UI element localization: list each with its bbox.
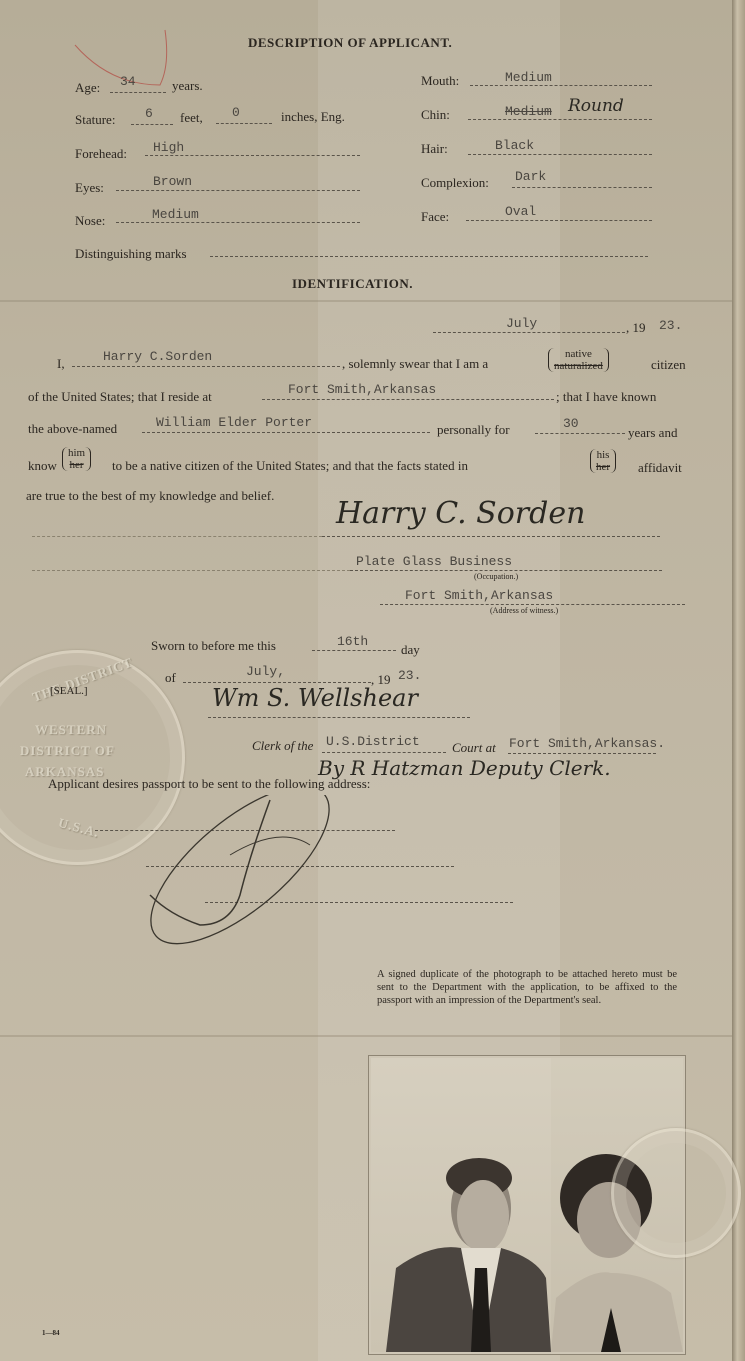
stature-feet-suffix: feet,	[180, 110, 203, 126]
clerk-signature-line	[208, 717, 470, 718]
applicant-photograph	[368, 1055, 686, 1355]
complexion-line	[512, 187, 652, 188]
sworn-day: 16th	[337, 634, 368, 649]
flourish-icon	[140, 795, 370, 945]
seal-text-line1: WESTERN	[35, 722, 107, 738]
years-known-line	[535, 433, 625, 434]
pronoun-brace: him her	[62, 447, 91, 471]
sworn-prefix: Sworn to before me this	[151, 638, 276, 654]
face-line	[466, 220, 652, 221]
court-location: Fort Smith,Arkansas.	[509, 736, 665, 751]
citizenship-brace: native naturalized	[548, 348, 609, 372]
nose-value: Medium	[152, 207, 199, 222]
forehead-label: Forehead:	[75, 146, 127, 162]
photo-woman	[551, 1058, 683, 1352]
distinguishing-marks-line	[210, 256, 648, 257]
sworn-day-suffix: day	[401, 642, 420, 658]
court-name: U.S.District	[326, 734, 420, 749]
brace-native: native	[565, 348, 592, 360]
nose-line	[116, 222, 360, 223]
photo-man	[371, 1058, 551, 1352]
eyes-line	[116, 190, 360, 191]
applicant-name-line	[142, 432, 430, 433]
date-year-prefix: , 19	[626, 320, 646, 336]
witness-name: Harry C.Sorden	[103, 349, 212, 364]
age-value: 34	[120, 74, 136, 89]
date-year: 23.	[659, 318, 682, 333]
mouth-value: Medium	[505, 70, 552, 85]
fold-line	[0, 300, 732, 302]
hair-label: Hair:	[421, 141, 448, 157]
complexion-value: Dark	[515, 169, 546, 184]
affidavit-label: affidavit	[638, 460, 682, 476]
i-label: I,	[57, 356, 65, 372]
witness-signature-line	[322, 536, 660, 537]
identification-heading: IDENTIFICATION.	[292, 276, 413, 292]
stature-inches-line	[216, 123, 272, 124]
chin-value-struck: Medium	[505, 104, 552, 119]
eyes-label: Eyes:	[75, 180, 104, 196]
stature-label: Stature:	[75, 112, 115, 128]
faint-line	[32, 570, 350, 571]
photo-instructions: A signed duplicate of the photograph to …	[377, 968, 677, 1007]
sworn-month: July,	[246, 664, 285, 679]
sworn-month-line	[183, 682, 371, 683]
hair-value: Black	[495, 138, 534, 153]
description-heading: DESCRIPTION OF APPLICANT.	[248, 35, 452, 51]
photo-seal	[611, 1128, 741, 1258]
residence-suffix: ; that I have known	[556, 389, 656, 405]
face-label: Face:	[421, 209, 449, 225]
stature-inches-suffix: inches, Eng.	[281, 109, 345, 125]
age-label: Age:	[75, 80, 100, 96]
occupation-caption: (Occupation.)	[474, 572, 518, 581]
witness-name-line	[72, 366, 340, 367]
know-label: know	[28, 458, 57, 474]
distinguishing-marks-label: Distinguishing marks	[75, 246, 187, 262]
mouth-label: Mouth:	[421, 73, 459, 89]
brace-him: him	[68, 447, 85, 459]
age-suffix: years.	[172, 78, 203, 94]
of-label: of	[165, 670, 176, 686]
chin-value-handwritten: Round	[568, 96, 624, 116]
brace-naturalized: naturalized	[554, 360, 603, 372]
complexion-label: Complexion:	[421, 175, 489, 191]
clerk-prefix: Clerk of the	[252, 738, 313, 754]
date-line	[433, 332, 625, 333]
personally-for-label: personally for	[437, 422, 510, 438]
page-edge	[732, 0, 745, 1361]
hair-line	[468, 154, 652, 155]
brace-her-possessive: her	[596, 461, 610, 473]
applicant-name: William Elder Porter	[156, 415, 312, 430]
swear-text: , solemnly swear that I am a	[342, 356, 488, 372]
seal-text-line2: DISTRICT OF	[20, 743, 115, 759]
brace-her: her	[70, 459, 84, 471]
chin-line	[468, 119, 652, 120]
mailing-address-label: Applicant desires passport to be sent to…	[48, 776, 370, 792]
sworn-day-line	[312, 650, 396, 651]
residence-prefix: of the United States; that I reside at	[28, 389, 212, 405]
eyes-value: Brown	[153, 174, 192, 189]
age-line	[110, 92, 166, 93]
belief-text: are true to the best of my knowledge and…	[26, 488, 274, 504]
witness-signature: Harry C. Sorden	[336, 496, 585, 531]
fold-line	[0, 1035, 732, 1037]
native-citizen-text: to be a native citizen of the United Sta…	[112, 458, 468, 474]
witness-address-line	[380, 604, 685, 605]
court-name-line	[322, 752, 446, 753]
court-location-line	[508, 753, 656, 754]
years-and-label: years and	[628, 425, 677, 441]
stature-feet-line	[131, 124, 173, 125]
applicant-prefix: the above-named	[28, 421, 117, 437]
faint-line	[32, 536, 322, 537]
sworn-year: 23.	[398, 668, 421, 683]
residence-line	[262, 399, 554, 400]
seal-label: [SEAL.]	[50, 685, 88, 697]
mouth-line	[470, 85, 652, 86]
years-known-value: 30	[563, 416, 579, 431]
forehead-line	[145, 155, 360, 156]
forehead-value: High	[153, 140, 184, 155]
stature-inches-value: 0	[232, 105, 240, 120]
possessive-brace: his her	[590, 449, 616, 473]
form-number: 1—84	[42, 1329, 60, 1337]
citizen-label: citizen	[651, 357, 686, 373]
nose-label: Nose:	[75, 213, 105, 229]
witness-address-caption: (Address of witness.)	[490, 606, 558, 615]
face-value: Oval	[505, 204, 536, 219]
occupation-line	[350, 570, 662, 571]
occupation-value: Plate Glass Business	[356, 554, 512, 569]
clerk-signature: Wm S. Wellshear	[212, 684, 418, 712]
chin-label: Chin:	[421, 107, 450, 123]
residence-value: Fort Smith,Arkansas	[288, 382, 436, 397]
date-month: July	[506, 316, 537, 331]
brace-his: his	[597, 449, 610, 461]
stature-feet-value: 6	[145, 106, 153, 121]
witness-address-value: Fort Smith,Arkansas	[405, 588, 553, 603]
court-label: Court at	[452, 740, 496, 756]
